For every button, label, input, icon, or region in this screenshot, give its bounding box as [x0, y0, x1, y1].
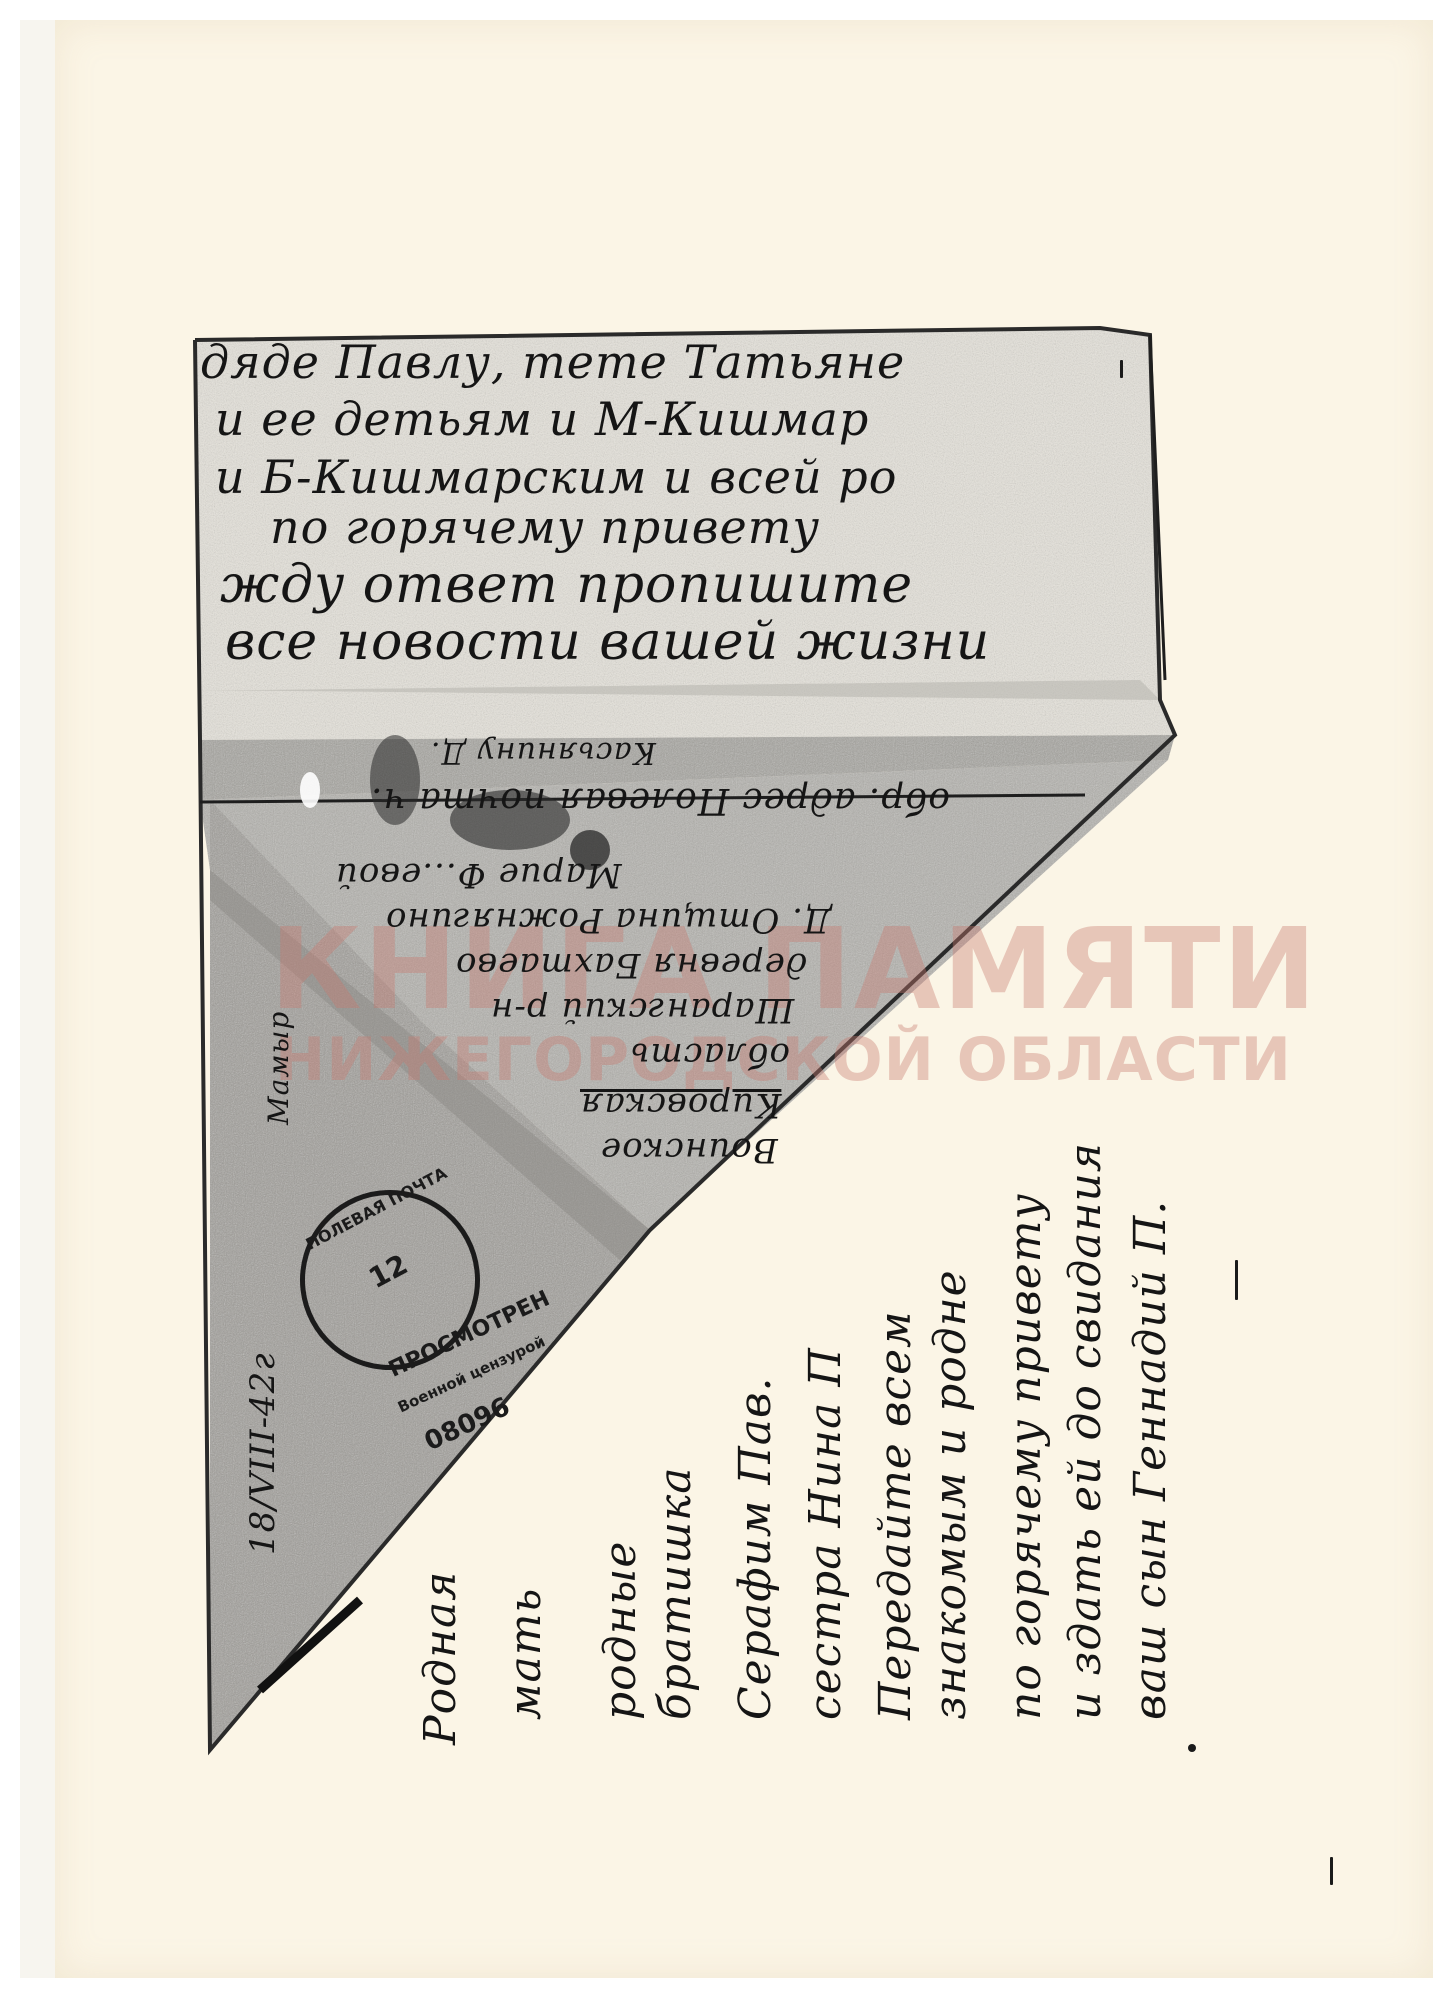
letter-line: и ее детьям и М-Кишмар — [215, 392, 869, 446]
letter-line: мать — [500, 1588, 551, 1720]
letter-line: дяде Павлу, тете Татьяне — [200, 335, 905, 389]
letter-line: Родная — [415, 1571, 466, 1745]
letter-date: 18/VIII-42г — [243, 1353, 283, 1556]
letter-line: жду ответ пропишите — [220, 555, 913, 615]
ink-mark — [1120, 360, 1123, 378]
address-line: Д. Отщина Рожнягино — [385, 900, 832, 940]
letter-line: и здать ей до свидания — [1060, 1142, 1111, 1720]
side-note: Мамыр — [262, 1011, 295, 1125]
address-line: деревня Бахтаево — [455, 945, 807, 985]
letter-line: все новости вашей жизни — [225, 612, 990, 672]
letter-line: знакомым и родне — [925, 1269, 976, 1720]
letter-line: родные — [595, 1541, 646, 1720]
letter-line: сестра Нина П — [800, 1347, 851, 1720]
letter-line: братишка — [650, 1466, 701, 1720]
letter-line: Серафим Пав. — [730, 1376, 781, 1720]
letter-line: по горячему привету — [1000, 1193, 1051, 1720]
letter-line: и Б-Кишмарским и всей ро — [215, 450, 897, 504]
ink-mark — [1235, 1260, 1238, 1300]
postmark-date-number: 12 — [363, 1248, 413, 1295]
address-line: Воинское — [600, 1130, 778, 1170]
address-line: Кировская — [580, 1085, 781, 1125]
address-line: область — [630, 1035, 790, 1075]
letter-line: по горячему привету — [270, 500, 820, 554]
letter-line: ваш сын Геннадий П. — [1125, 1200, 1176, 1720]
address-line: Шарангский р-н — [490, 990, 794, 1030]
letter-line: Передайте всем — [870, 1310, 921, 1720]
ink-speck — [1188, 1744, 1196, 1752]
address-line: Марие Ф...евой — [335, 855, 622, 895]
address-line: Касьянину Д. — [430, 735, 656, 770]
address-line: обр. адрес Полевая почта ч. — [370, 780, 950, 821]
ink-mark — [1330, 1857, 1333, 1885]
